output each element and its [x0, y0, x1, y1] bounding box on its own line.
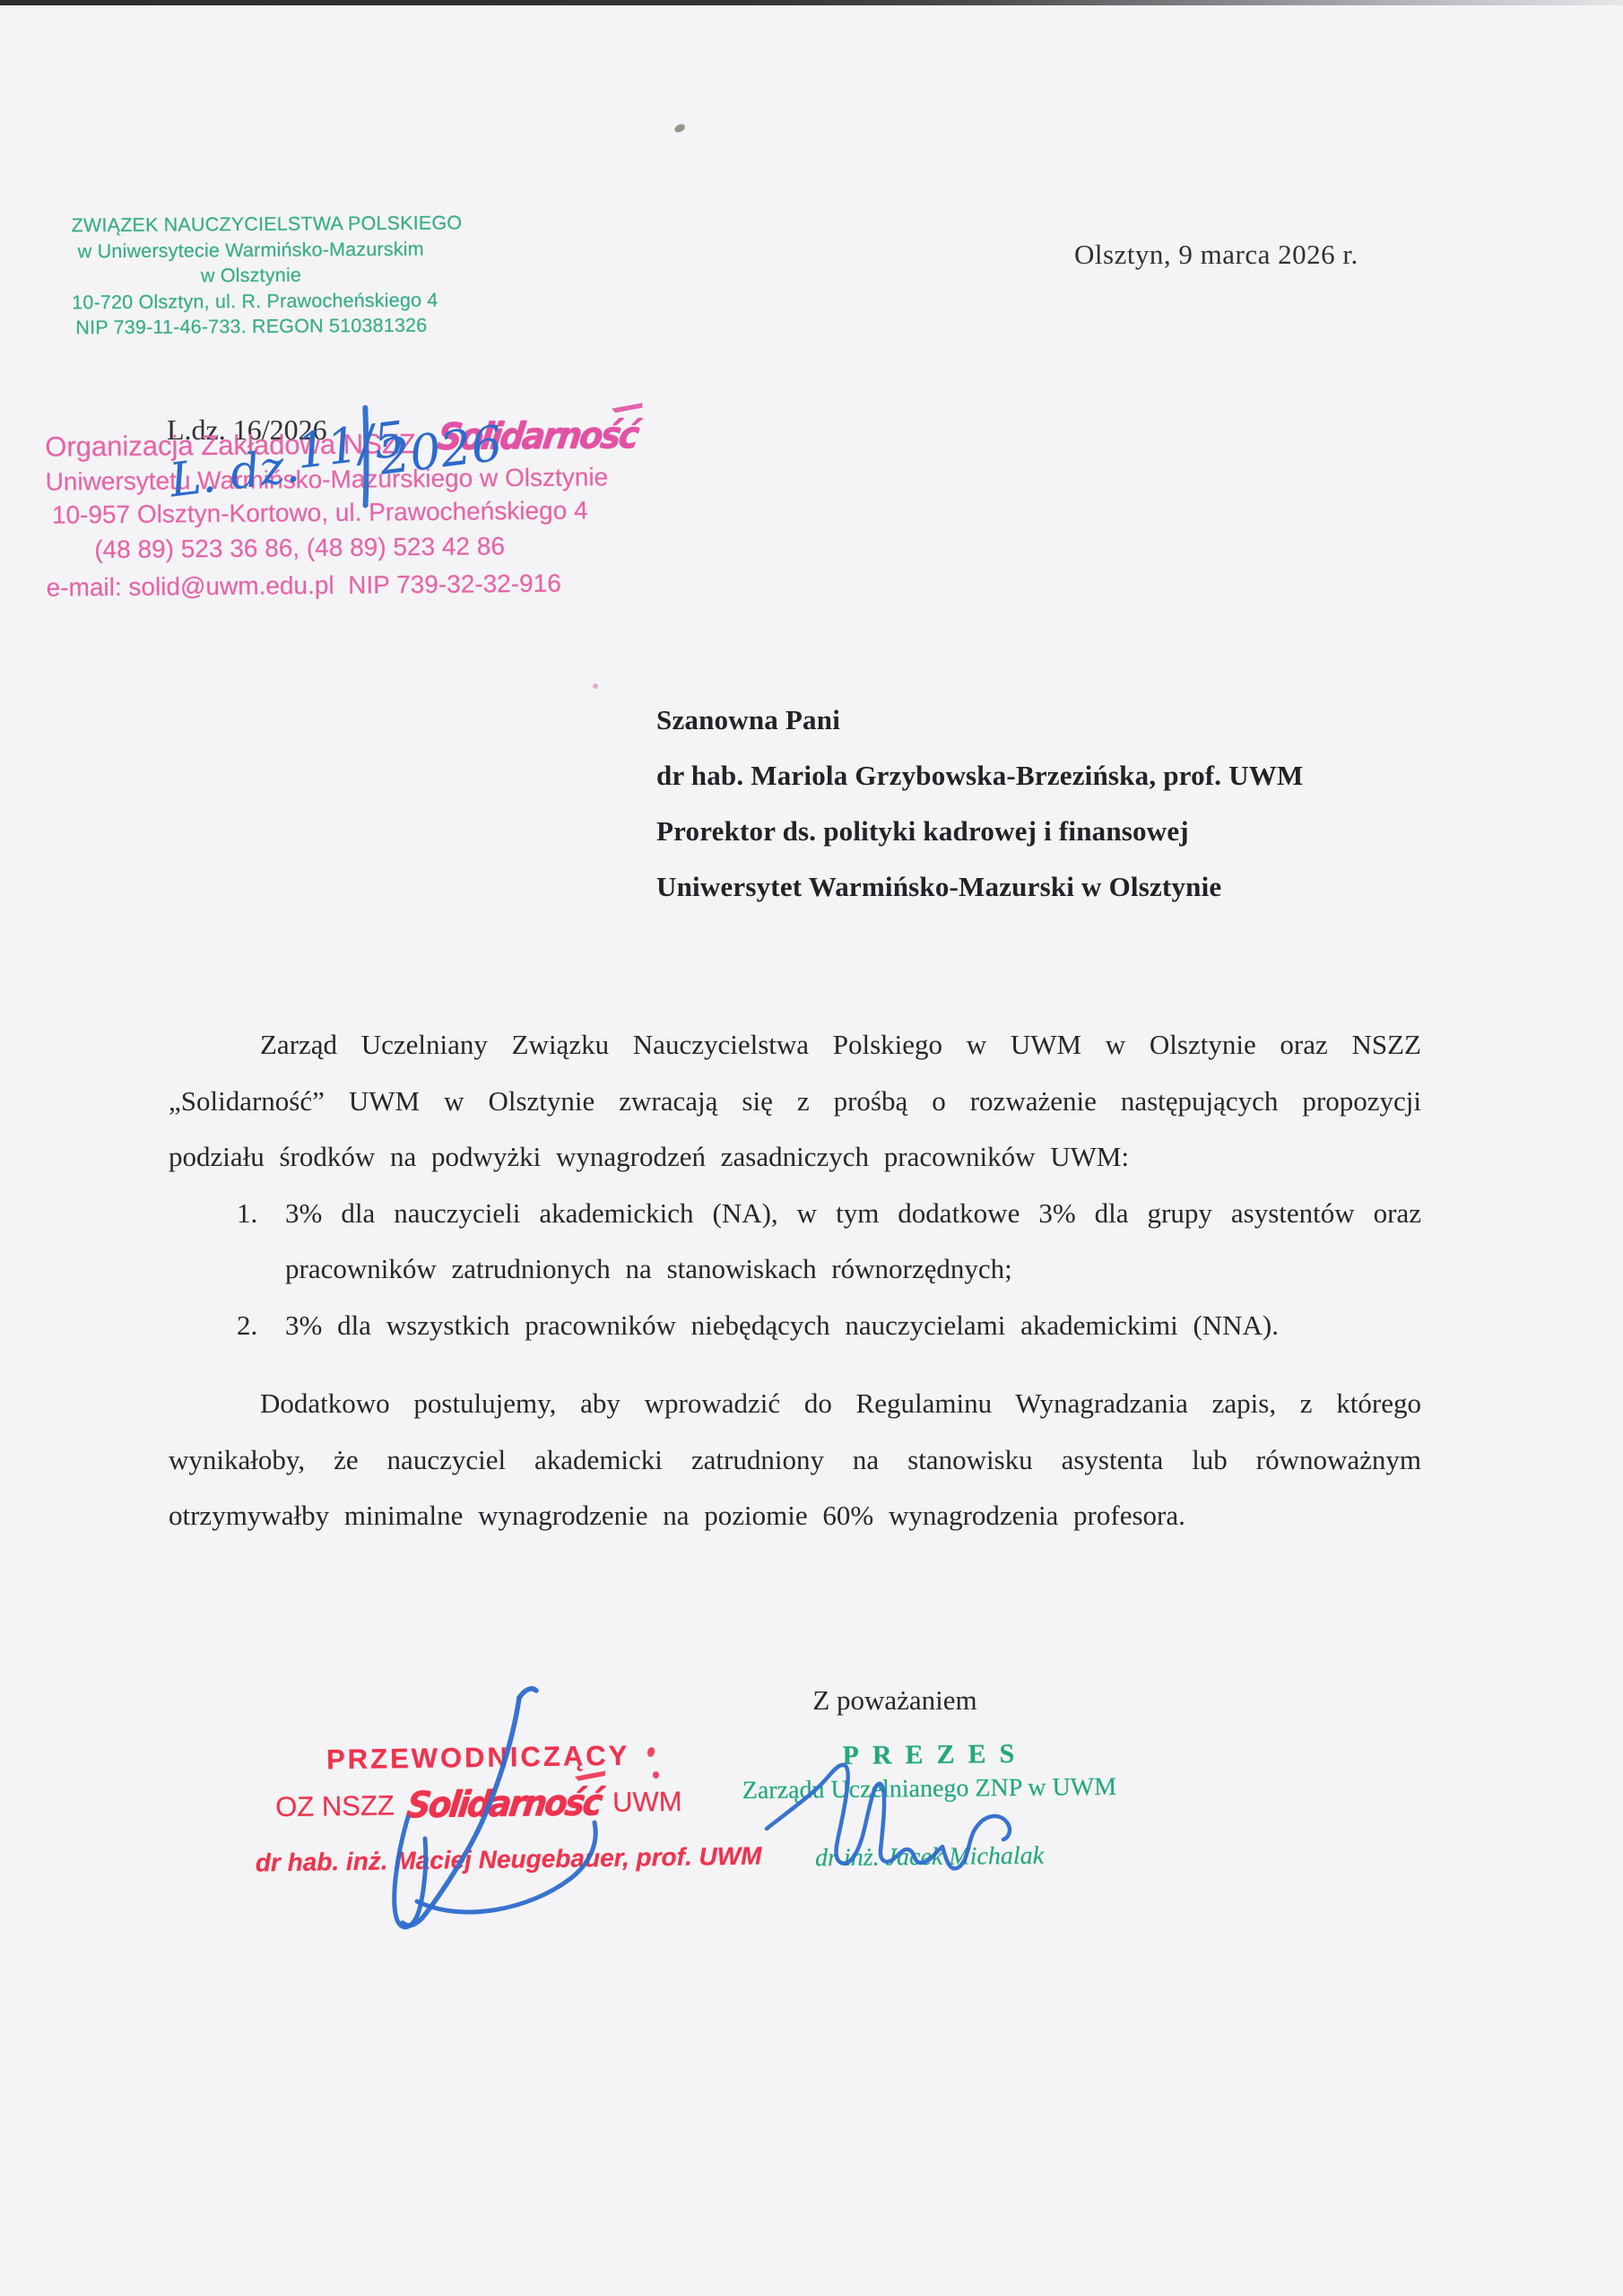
recipient-block: Szanowna Pani dr hab. Mariola Grzybowska… — [656, 692, 1303, 915]
president-signature — [762, 1753, 1040, 1883]
date-line: Olsztyn, 9 marca 2026 r. — [1074, 239, 1358, 271]
recipient-line: Szanowna Pani — [656, 692, 1303, 748]
paper-speck — [593, 683, 598, 689]
paragraph: Zarząd Uczelniany Związku Nauczycielstwa… — [169, 1017, 1421, 1186]
paper-speck — [673, 123, 686, 133]
scanned-letter-page: ZWIĄZEK NAUCZYCIELSTWA POLSKIEGO w Uniwe… — [0, 0, 1623, 2296]
stamp-line: e-mail: solid@uwm.edu.pl NIP 739-32-32-9… — [47, 570, 561, 603]
list-item-text: 3% dla wszystkich pracowników niebędącyc… — [285, 1298, 1421, 1354]
stamp-line: w Olsztynie — [72, 262, 430, 290]
numbered-list: 1. 3% dla nauczycieli akademickich (NA),… — [169, 1186, 1421, 1354]
paragraph: Dodatkowo postulujemy, aby wprowadzić do… — [169, 1376, 1421, 1544]
scan-edge-artifact — [0, 0, 1623, 5]
stamp-line: (48 89) 523 36 86, (48 89) 523 42 86 — [94, 532, 505, 564]
valediction: Z poważaniem — [793, 1684, 997, 1717]
list-item: 1. 3% dla nauczycieli akademickich (NA),… — [169, 1186, 1421, 1298]
list-item-text: 3% dla nauczycieli akademickich (NA), w … — [285, 1186, 1421, 1298]
recipient-line: Prorektor ds. polityki kadrowej i finans… — [656, 804, 1303, 859]
stamp-line: ZWIĄZEK NAUCZYCIELSTWA POLSKIEGO — [72, 211, 430, 239]
chairman-signature — [354, 1684, 623, 1944]
list-item-number: 1. — [237, 1186, 285, 1298]
list-item: 2. 3% dla wszystkich pracowników niebędą… — [169, 1298, 1421, 1354]
stamp-line: 10-720 Olsztyn, ul. R. Prawocheńskiego 4 — [72, 287, 430, 315]
handwritten-reference-annotation: L. dz. 11/5 2026 — [161, 402, 471, 523]
list-item-number: 2. — [237, 1298, 285, 1354]
letter-body: Zarząd Uczelniany Związku Nauczycielstwa… — [169, 1017, 1421, 1544]
handwritten-prefix: L. dz. — [166, 439, 302, 508]
recipient-line: Uniwersytet Warmińsko-Mazurski w Olsztyn… — [656, 859, 1303, 915]
recipient-line: dr hab. Mariola Grzybowska-Brzezińska, p… — [656, 748, 1303, 804]
stamp-ink-dot — [653, 1771, 659, 1779]
znp-letterhead-stamp: ZWIĄZEK NAUCZYCIELSTWA POLSKIEGO w Uniwe… — [72, 211, 431, 341]
stamp-line: NIP 739-11-46-733. REGON 510381326 — [72, 313, 430, 341]
stamp-line: w Uniwersytecie Warmińsko-Mazurskim — [72, 236, 430, 264]
